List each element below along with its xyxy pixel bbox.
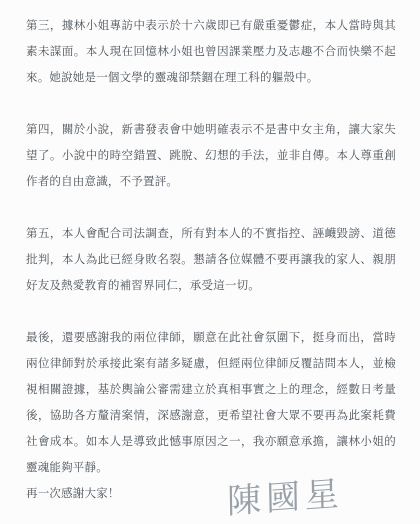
paragraph-point-five: 第五，本人會配合司法調查，所有對本人的不實指控、誣衊毀謗、道德批判，本人為此已經… [26,220,396,298]
statement-document: 第三，據林小姐專訪中表示於十六歲即已有嚴重憂鬱症，本人當時與其素未謀面。本人現在… [0,0,420,524]
paragraph-point-four: 第四，關於小說，新書發表會中她明確表示不是書中女主角，讓大家失望了。小說中的時空… [26,116,396,194]
handwritten-signature: 陳國星 [227,472,344,524]
closing-row: 再一次感謝大家！ 陳國星 [26,480,396,520]
paragraph-point-three: 第三，據林小姐專訪中表示於十六歲即已有嚴重憂鬱症，本人當時與其素未謀面。本人現在… [26,12,396,90]
paragraph-final-thanks: 最後，還要感謝我的兩位律師，願意在此社會氛圍下，挺身而出，當時兩位律師對於承接此… [26,324,396,480]
closing-line: 再一次感謝大家！ [26,480,120,506]
